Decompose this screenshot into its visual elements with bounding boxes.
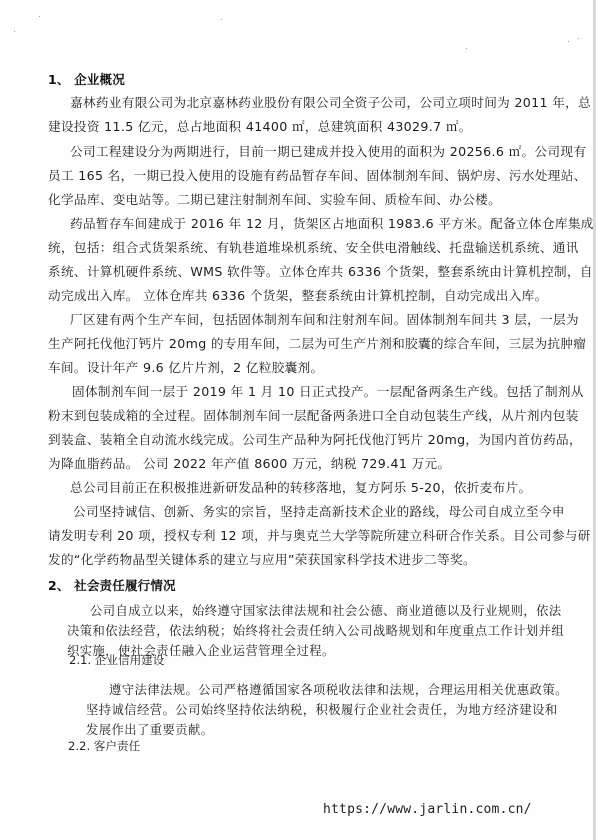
paragraph-line: 动完成出入库。 立体仓库共 6336 个货架，整套系统由计算机控制，自动完成出入… (48, 285, 548, 304)
paragraph-line: 统，包括：组合式货架系统、有轨巷道堆垛机系统、安全供电滑触线、托盘输送机系统、通… (48, 237, 579, 256)
subsection-heading-customer: 2.2. 客户责任 (68, 738, 140, 754)
section-heading-social-responsibility: 2、 社会责任履行情况 (48, 576, 176, 594)
scan-speck (14, 31, 15, 32)
subsection-heading-credit: 2.1. 企业信用建设 (69, 652, 164, 668)
paragraph-line: 公司工程建设分为两期进行，目前一期已建成并投入使用的面积为 20256.6 ㎡。… (70, 141, 586, 160)
scan-speck (578, 38, 579, 39)
paragraph-line: 坚持诚信经营。公司始终坚持依法纳税，积极履行企业社会责任，为地方经济建设和 (86, 700, 558, 718)
scan-speck (466, 48, 467, 49)
paragraph-line: 发的“化学药物晶型关键体系的建立与应用”荣获国家科学技术进步二等奖。 (48, 549, 476, 568)
paragraph-line: 药品暂存车间建成于 2016 年 12 月，货架区占地面积 1983.6 平方米… (70, 213, 596, 232)
paragraph-line: 粉末到包装成箱的全过程。固体制剂车间一层配备两条进口全自动包装生产线，从片剂内包… (48, 405, 579, 424)
document-page: 1、 企业概况 嘉林药业有限公司为北京嘉林药业股份有限公司全资子公司，公司立项时… (0, 0, 593, 840)
paragraph-line: 请发明专利 20 项，授权专利 12 项，并与奥克兰大学等院所建立科研合作关系。… (48, 525, 591, 544)
paragraph-line: 固体制剂车间一层于 2019 年 1 月 10 日正式投产。一层配备两条生产线。… (72, 381, 584, 400)
paragraph-line: 遵守法律法规。公司严格遵循国家各项税收法律和法规，合理运用相关优惠政策。 (109, 680, 568, 698)
scan-speck (568, 41, 569, 42)
paragraph-line: 生产阿托伐他汀钙片 20mg 的专用车间，二层为可生产片剂和胶囊的综合车间，三层… (48, 333, 586, 352)
scan-speck (39, 16, 40, 17)
paragraph-line: 厂区建有两个生产车间，包括固体制剂车间和注射剂车间。固体制剂车间共 3 层，一层… (70, 309, 579, 328)
paragraph-line: 嘉林药业有限公司为北京嘉林药业股份有限公司全资子公司，公司立项时间为 2011 … (70, 92, 591, 111)
paragraph-line: 为降血脂药品。 公司 2022 年产值 8600 万元，纳税 729.41 万元… (48, 453, 450, 472)
paragraph-line: 建设投资 11.5 亿元，总占地面积 41400 ㎡，总建筑面积 43029.7… (48, 116, 472, 135)
paragraph-line: 车间。设计年产 9.6 亿片片剂，2 亿粒胶囊剂。 (48, 357, 324, 376)
scan-speck (221, 19, 222, 20)
paragraph-line: 员工 165 名，一期已投入使用的设施有药品暂存车间、固体制剂车间、锅炉房、污水… (48, 165, 587, 184)
paragraph-line: 公司坚持诚信、创新、务实的宗旨，坚持走高新技术企业的路线，母公司自成立至今申 (73, 501, 565, 520)
paragraph-line: 发展作出了重要贡献。 (86, 720, 213, 738)
paragraph-line: 决策和依法经营，依法纳税；始终将社会责任纳入公司战略规划和年度重点工作计划并组 (67, 621, 564, 639)
section-heading-overview: 1、 企业概况 (48, 70, 125, 88)
footer-url: https://www.jarlin.com.cn/ (323, 802, 532, 817)
paragraph-line: 化学品库、变电站等。二期已建注射制剂车间、实验车间、质检车间、办公楼。 (48, 189, 501, 208)
paragraph-line: 公司自成立以来，始终遵守国家法律法规和社会公德、商业道德以及行业规则，依法 (90, 601, 562, 619)
paragraph-line: 总公司目前正在积极推进新研发品种的转移落地，复方阿乐 5-20，依折麦布片。 (70, 477, 531, 496)
paragraph-line: 到装盒、装箱全自动流水线完成。公司生产品种为阿托伐他汀钙片 20mg，为国内首仿… (48, 429, 582, 448)
paragraph-line: 系统、计算机硬件系统、WMS 软件等。立体仓库共 6336 个货架，整套系统由计… (48, 261, 593, 280)
